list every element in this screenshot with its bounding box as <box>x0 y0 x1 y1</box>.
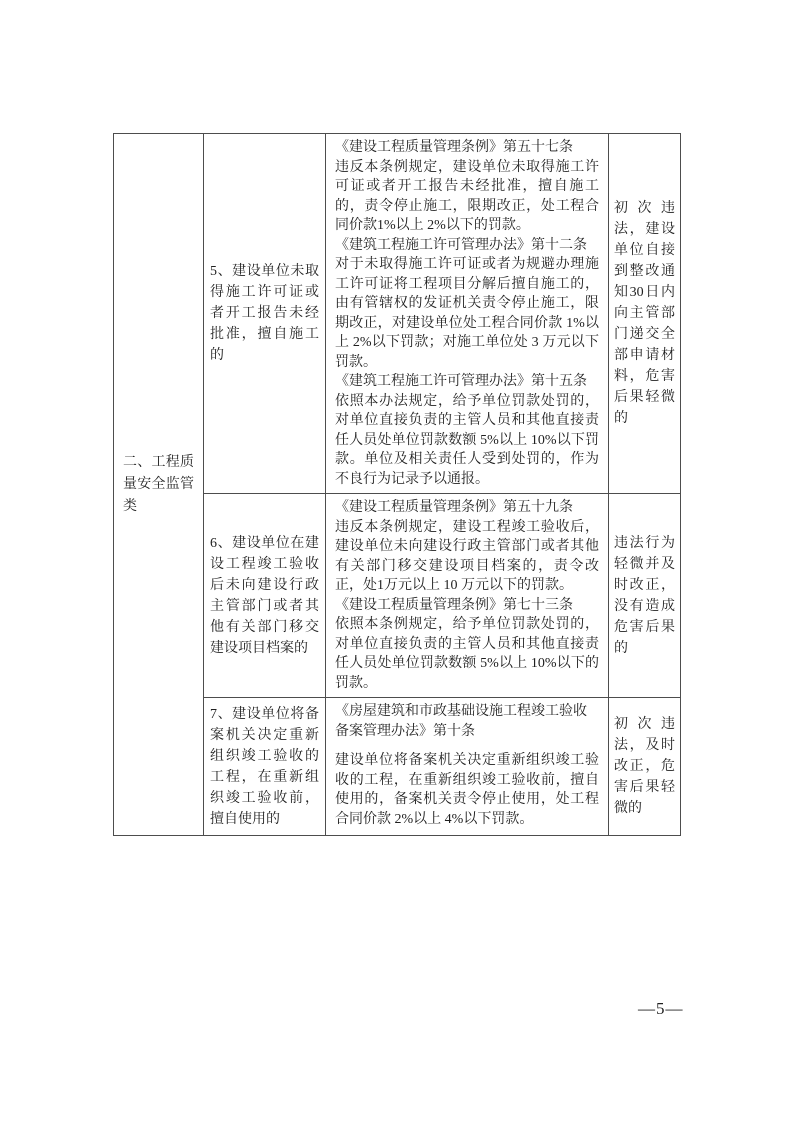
law-title: 《建设工程质量管理条例》第五十九条 <box>335 498 599 518</box>
law-body: 建设单位将备案机关决定重新组织竣工验收的工程，在重新组织竣工验收前，擅自使用的，… <box>335 751 599 829</box>
law-title: 《建设工程质量管理条例》第五十七条 <box>335 138 599 158</box>
violation-cell-7: 7、建设单位将备案机关决定重新组织竣工验收的工程，在重新组织竣工验收前，擅自使用… <box>204 698 326 836</box>
violation-text: 7、建设单位将备案机关决定重新组织竣工验收的工程，在重新组织竣工验收前，擅自使用… <box>210 704 319 830</box>
condition-cell-5: 初次违法，建设单位自接到整改通知30日内向主管部门递交全部申请材料，危害后果轻微… <box>609 134 681 494</box>
law-title: 《建筑工程施工许可管理办法》第十五条 <box>335 372 599 392</box>
legal-basis-cell-7: 《房屋建筑和市政基础设施工程竣工验收备案管理办法》第十条 建设单位将备案机关决定… <box>326 698 609 836</box>
violation-cell-5: 5、建设单位未取得施工许可证或者开工报告未经批准，擅自施工的 <box>204 134 326 494</box>
category-cell: 二、工程质量安全监管类 <box>114 134 204 836</box>
condition-cell-6: 违法行为轻微并及时改正，没有造成危害后果的 <box>609 494 681 698</box>
law-title: 《建筑工程施工许可管理办法》第十二条 <box>335 236 599 256</box>
condition-text: 初次违法，及时改正，危害后果轻微的 <box>614 714 675 819</box>
law-body: 对于未取得施工许可证或者为规避办理施工许可证将工程项目分解后擅自施工的，由有管辖… <box>335 255 599 372</box>
law-body: 依照本办法规定，给予单位罚款处罚的，对单位直接负责的主管人员和其他直接责任人员处… <box>335 392 599 490</box>
legal-basis-cell-6: 《建设工程质量管理条例》第五十九条 违反本条例规定，建设工程竣工验收后，建设单位… <box>326 494 609 698</box>
condition-cell-7: 初次违法，及时改正，危害后果轻微的 <box>609 698 681 836</box>
law-title: 《建设工程质量管理条例》第七十三条 <box>335 596 599 616</box>
violation-text: 5、建设单位未取得施工许可证或者开工报告未经批准，擅自施工的 <box>210 261 319 366</box>
violation-cell-6: 6、建设单位在建设工程竣工验收后未向建设行政主管部门或者其他有关部门移交建设项目… <box>204 494 326 698</box>
page-number: —5— <box>638 999 684 1019</box>
regulation-table: 二、工程质量安全监管类 5、建设单位未取得施工许可证或者开工报告未经批准，擅自施… <box>113 133 681 836</box>
law-body: 依照本条例规定，给予单位罚款处罚的，对单位直接负责的主管人员和其他直接责任人员处… <box>335 615 599 693</box>
violation-text: 6、建设单位在建设工程竣工验收后未向建设行政主管部门或者其他有关部门移交建设项目… <box>210 533 319 659</box>
condition-text: 初次违法，建设单位自接到整改通知30日内向主管部门递交全部申请材料，危害后果轻微… <box>614 198 675 429</box>
law-body: 违反本条例规定，建设单位未取得施工许可证或者开工报告未经批准，擅自施工的，责令停… <box>335 158 599 236</box>
law-body: 违反本条例规定，建设工程竣工验收后，建设单位未向建设行政主管部门或者其他有关部门… <box>335 518 599 596</box>
table-row-item-5: 二、工程质量安全监管类 5、建设单位未取得施工许可证或者开工报告未经批准，擅自施… <box>114 134 681 494</box>
law-title: 《房屋建筑和市政基础设施工程竣工验收备案管理办法》第十条 <box>335 702 599 741</box>
condition-text: 违法行为轻微并及时改正，没有造成危害后果的 <box>614 533 675 659</box>
legal-basis-cell-5: 《建设工程质量管理条例》第五十七条 违反本条例规定，建设单位未取得施工许可证或者… <box>326 134 609 494</box>
document-page: 二、工程质量安全监管类 5、建设单位未取得施工许可证或者开工报告未经批准，擅自施… <box>0 0 793 1122</box>
category-label: 二、工程质量安全监管类 <box>123 452 194 518</box>
